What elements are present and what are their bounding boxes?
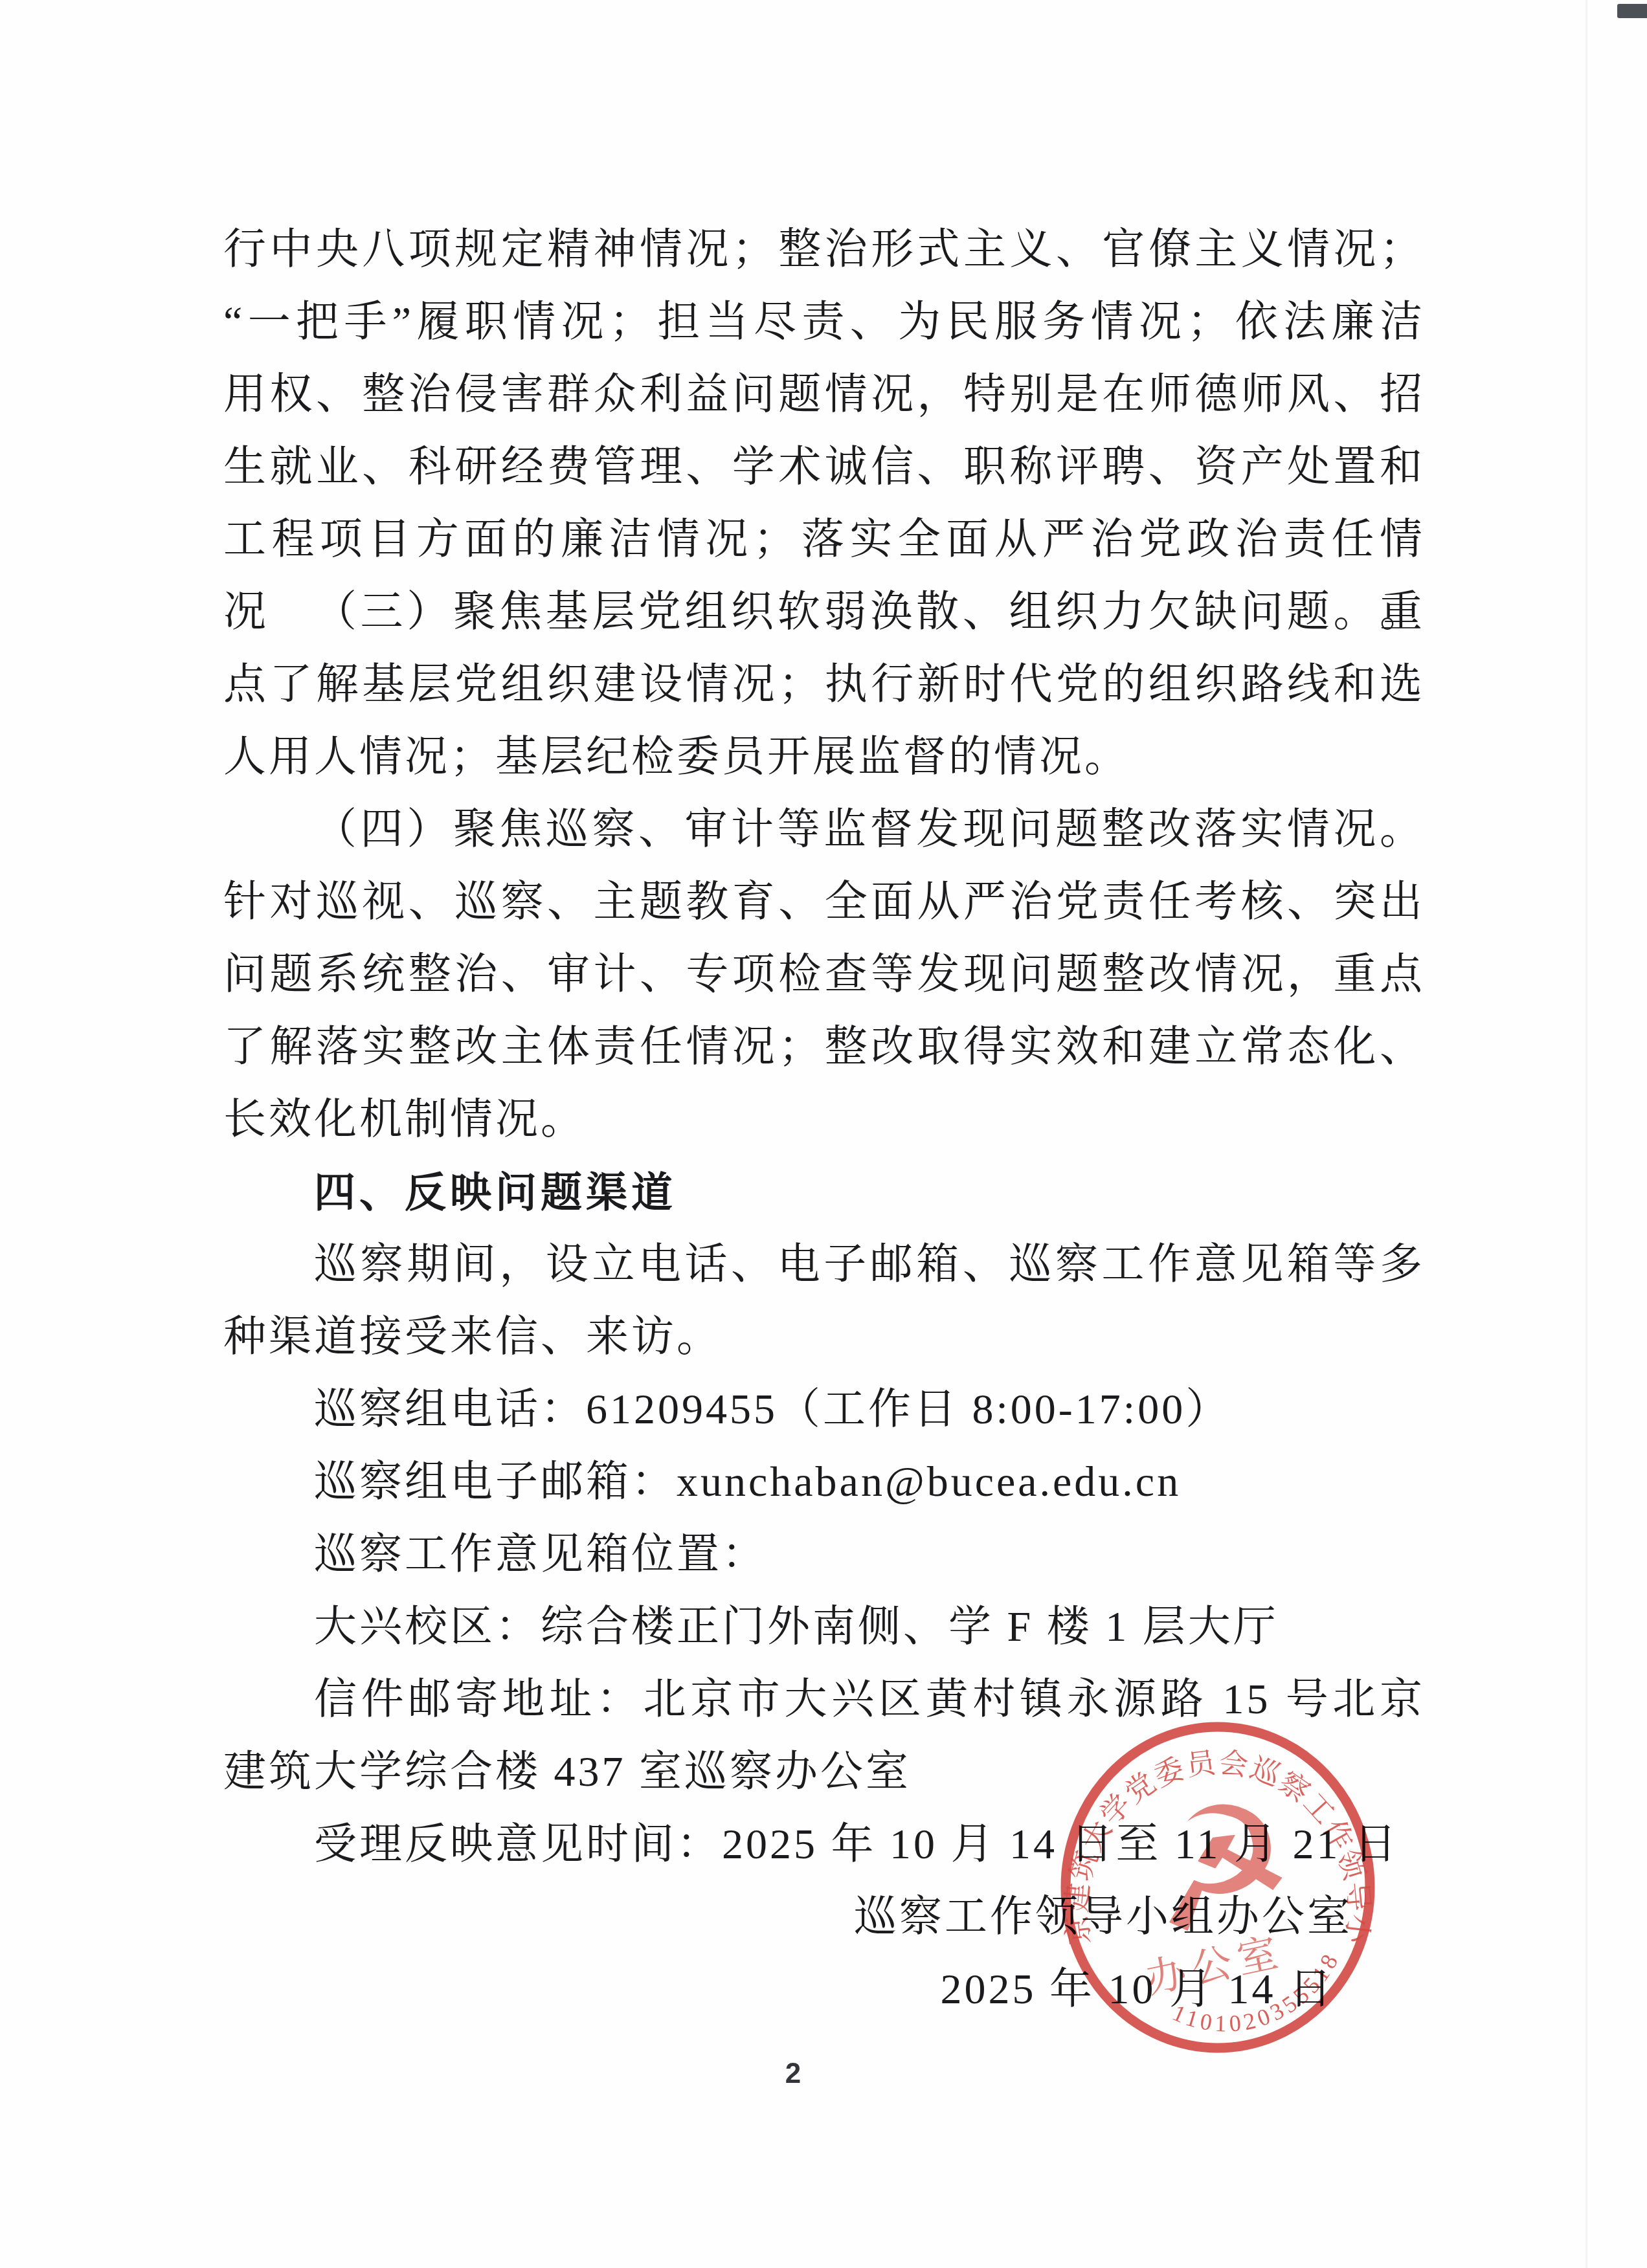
text-line: （三）聚焦基层党组织软弱涣散、组织力欠缺问题。重	[223, 576, 1425, 649]
text-line: 长效化机制情况。	[223, 1084, 1425, 1156]
scan-edge-artifact	[1585, 0, 1587, 2268]
text-line: 人用人情况；基层纪检委员开展监督的情况。	[223, 721, 1425, 794]
page-number: 2	[770, 2057, 816, 2091]
text-line: 了解落实整改主体责任情况；整改取得实效和建立常态化、	[223, 1011, 1425, 1084]
text-line: “一把手”履职情况；担当尽责、为民服务情况；依法廉洁	[223, 286, 1425, 359]
official-seal-stamp: ☭ 北京建筑大学党委员会巡察工作领导小组 办公室 1101020355518	[1054, 1718, 1382, 2059]
section-heading: 四、反映问题渠道	[223, 1156, 1425, 1228]
text-line: 针对巡视、巡察、主题教育、全面从严治党责任考核、突出	[223, 866, 1425, 939]
text-line: 巡察工作意见箱位置：	[223, 1518, 1425, 1591]
text-line: 用权、整治侵害群众利益问题情况，特别是在师德师风、招	[223, 359, 1425, 431]
text-line: 工程项目方面的廉洁情况；落实全面从严治党政治责任情况。	[223, 504, 1425, 576]
email-line: 巡察组电子邮箱：xunchaban@bucea.edu.cn	[223, 1446, 1425, 1518]
text-line: 巡察期间，设立电话、电子邮箱、巡察工作意见箱等多	[223, 1228, 1425, 1301]
text-line: 大兴校区：综合楼正门外南侧、学 F 楼 1 层大厅	[223, 1591, 1425, 1663]
text-line: 行中央八项规定精神情况；整治形式主义、官僚主义情况；	[223, 214, 1425, 286]
text-line: （四）聚焦巡察、审计等监督发现问题整改落实情况。	[223, 794, 1425, 866]
text-line: 种渠道接受来信、来访。	[223, 1301, 1425, 1373]
phone-line: 巡察组电话：61209455（工作日 8:00-17:00）	[223, 1373, 1425, 1446]
text-line: 生就业、科研经费管理、学术诚信、职称评聘、资产处置和	[223, 431, 1425, 504]
text-line: 点了解基层党组织建设情况；执行新时代党的组织路线和选	[223, 649, 1425, 721]
text-line: 问题系统整治、审计、专项检查等发现问题整改情况，重点	[223, 939, 1425, 1011]
scanned-document-page: 行中央八项规定精神情况；整治形式主义、官僚主义情况；“一把手”履职情况；担当尽责…	[0, 0, 1647, 2268]
scan-corner-smudge	[1617, 4, 1647, 18]
